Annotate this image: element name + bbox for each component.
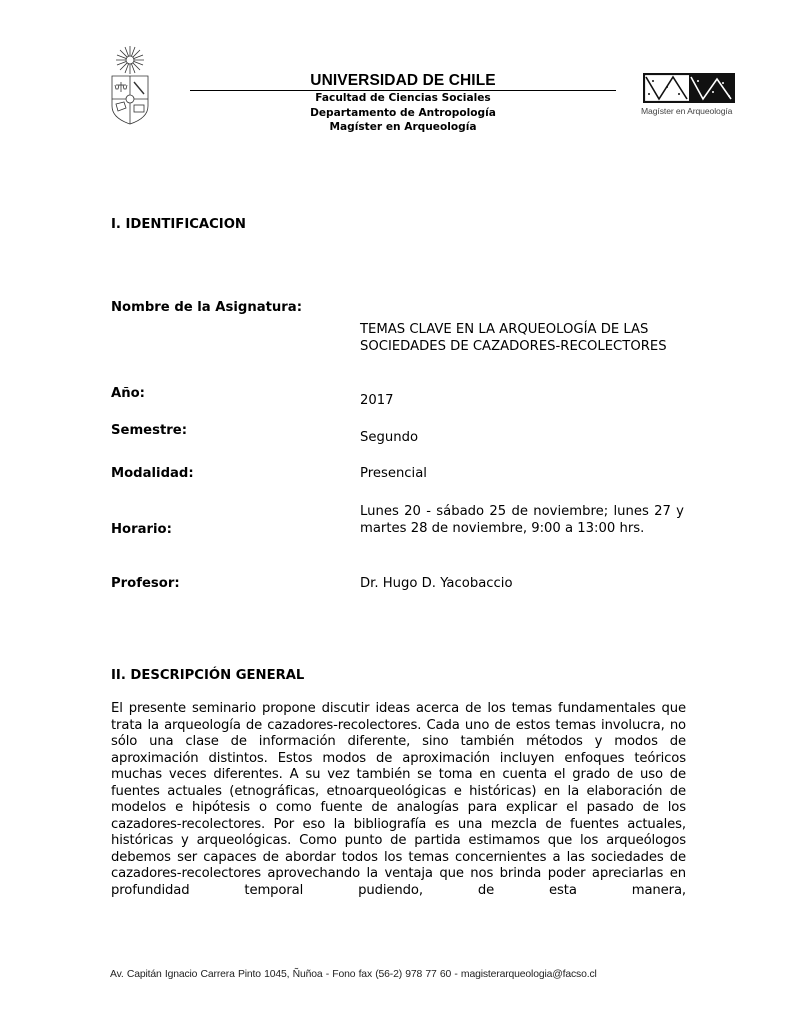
value-modalidad: Presencial xyxy=(360,466,684,483)
university-crest-icon xyxy=(108,44,152,128)
label-horario: Horario: xyxy=(111,522,172,538)
section-heading-identificacion: I. IDENTIFICACION xyxy=(111,217,246,233)
section-heading-descripcion: II. DESCRIPCIÓN GENERAL xyxy=(111,668,304,684)
value-horario: Lunes 20 - sábado 25 de noviembre; lunes… xyxy=(360,504,684,537)
value-semestre: Segundo xyxy=(360,430,684,447)
description-paragraph: El presente seminario propone discutir i… xyxy=(111,701,686,900)
university-name: UNIVERSIDAD DE CHILE xyxy=(190,72,616,89)
label-asignatura: Nombre de la Asignatura: xyxy=(111,300,302,316)
program-brand: Magíster en Arqueología xyxy=(641,73,737,116)
brand-caption: Magíster en Arqueología xyxy=(641,106,737,116)
value-asignatura: TEMAS CLAVE EN LA ARQUEOLOGÍA DE LAS SOC… xyxy=(360,322,690,355)
label-profesor: Profesor: xyxy=(111,576,180,592)
label-semestre: Semestre: xyxy=(111,423,187,439)
faculty-name: Facultad de Ciencias Sociales xyxy=(190,91,616,106)
footer-contact: Av. Capitán Ignacio Carrera Pinto 1045, … xyxy=(110,969,700,980)
department-name: Departamento de Antropología xyxy=(190,106,616,121)
value-profesor: Dr. Hugo D. Yacobaccio xyxy=(360,576,684,593)
program-name: Magíster en Arqueología xyxy=(190,120,616,135)
document-header: UNIVERSIDAD DE CHILE Facultad de Ciencia… xyxy=(190,72,616,135)
label-anio: Año: xyxy=(111,386,145,402)
magister-arqueologia-logo-icon xyxy=(643,73,735,103)
label-modalidad: Modalidad: xyxy=(111,466,194,482)
value-anio: 2017 xyxy=(360,393,684,410)
